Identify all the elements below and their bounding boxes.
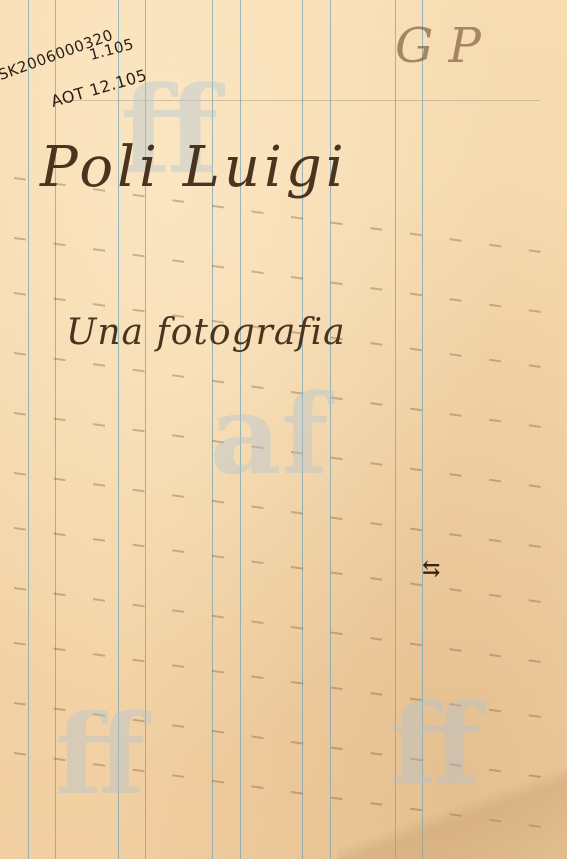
ruling-line <box>28 0 29 859</box>
paper-fold-shadow <box>337 769 567 859</box>
manuscript-page: ff af ff ff SK2006000320 1.105 AOT 12.10… <box>0 0 567 859</box>
work-title: Una fotografia <box>66 312 346 353</box>
corner-initials: G P <box>395 18 481 74</box>
watermark: ff <box>55 690 145 819</box>
ruling-line <box>330 0 331 859</box>
watermark: af <box>210 370 329 499</box>
author-name: Poli Luigi <box>40 135 348 200</box>
margin-symbol: ⇆ <box>422 556 440 582</box>
